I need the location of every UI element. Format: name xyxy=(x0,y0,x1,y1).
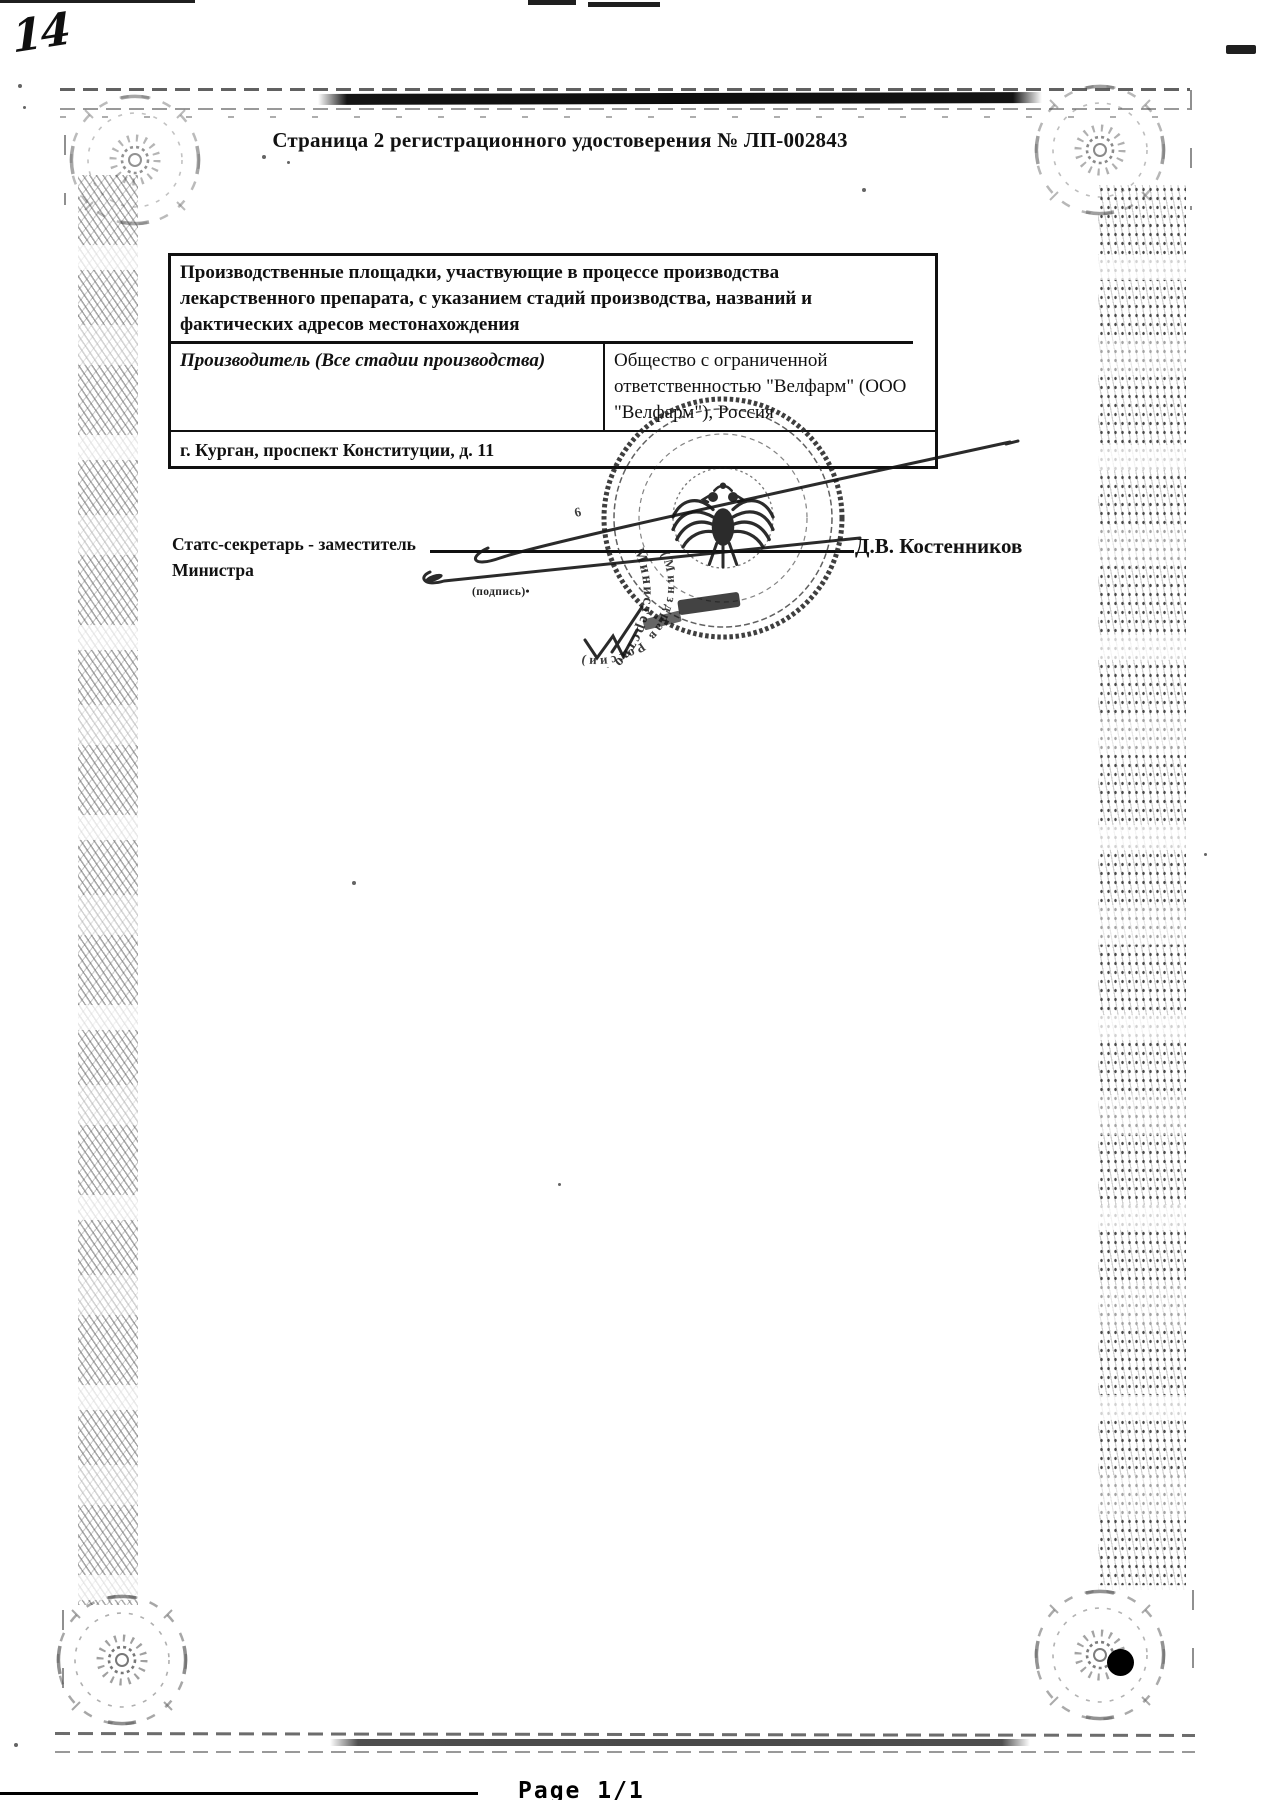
footer-rule xyxy=(0,1792,478,1795)
ink-blot xyxy=(1107,1649,1134,1676)
right-edge-ticks xyxy=(1192,1590,1194,1700)
scan-edge-dash xyxy=(588,2,660,7)
page-title: Страница 2 регистрационного удостоверени… xyxy=(240,128,880,153)
ink-speck xyxy=(558,1183,561,1186)
right-edge-ticks xyxy=(1190,90,1192,210)
corner-rosette-ornament xyxy=(1020,70,1180,230)
left-border-hatch xyxy=(78,175,138,1605)
scan-edge-artifact xyxy=(0,0,195,3)
ink-speck xyxy=(287,161,290,164)
footer-page-number: Page 1/1 xyxy=(518,1778,645,1800)
corner-rosette-ornament xyxy=(42,1580,202,1740)
ink-speck xyxy=(262,155,266,159)
pen-signature-scrawl xyxy=(410,415,1035,670)
ink-speck xyxy=(14,1743,18,1747)
scanned-document-page: 14 xyxy=(0,0,1279,1800)
bottom-border-dash-line xyxy=(55,1751,1195,1753)
corner-rosette-ornament xyxy=(55,80,215,240)
ink-speck xyxy=(18,84,22,88)
table-header-cell: Производственные площадки, участвующие в… xyxy=(171,256,913,344)
signature-stroke-upper xyxy=(476,442,1011,562)
signature-scribble-mp xyxy=(585,630,637,658)
scan-edge-dash xyxy=(528,0,576,5)
ink-speck xyxy=(1204,853,1207,856)
handwritten-page-number: 14 xyxy=(11,3,70,63)
right-border-hatch xyxy=(1098,185,1186,1590)
bottom-border-band xyxy=(330,1739,1030,1746)
ink-speck xyxy=(23,106,26,109)
scan-edge-dash xyxy=(1226,45,1256,54)
ink-speck xyxy=(352,881,356,885)
corner-rosette-ornament xyxy=(1020,1575,1180,1735)
top-border-heavy-band xyxy=(318,92,1042,105)
ink-speck xyxy=(862,188,866,192)
